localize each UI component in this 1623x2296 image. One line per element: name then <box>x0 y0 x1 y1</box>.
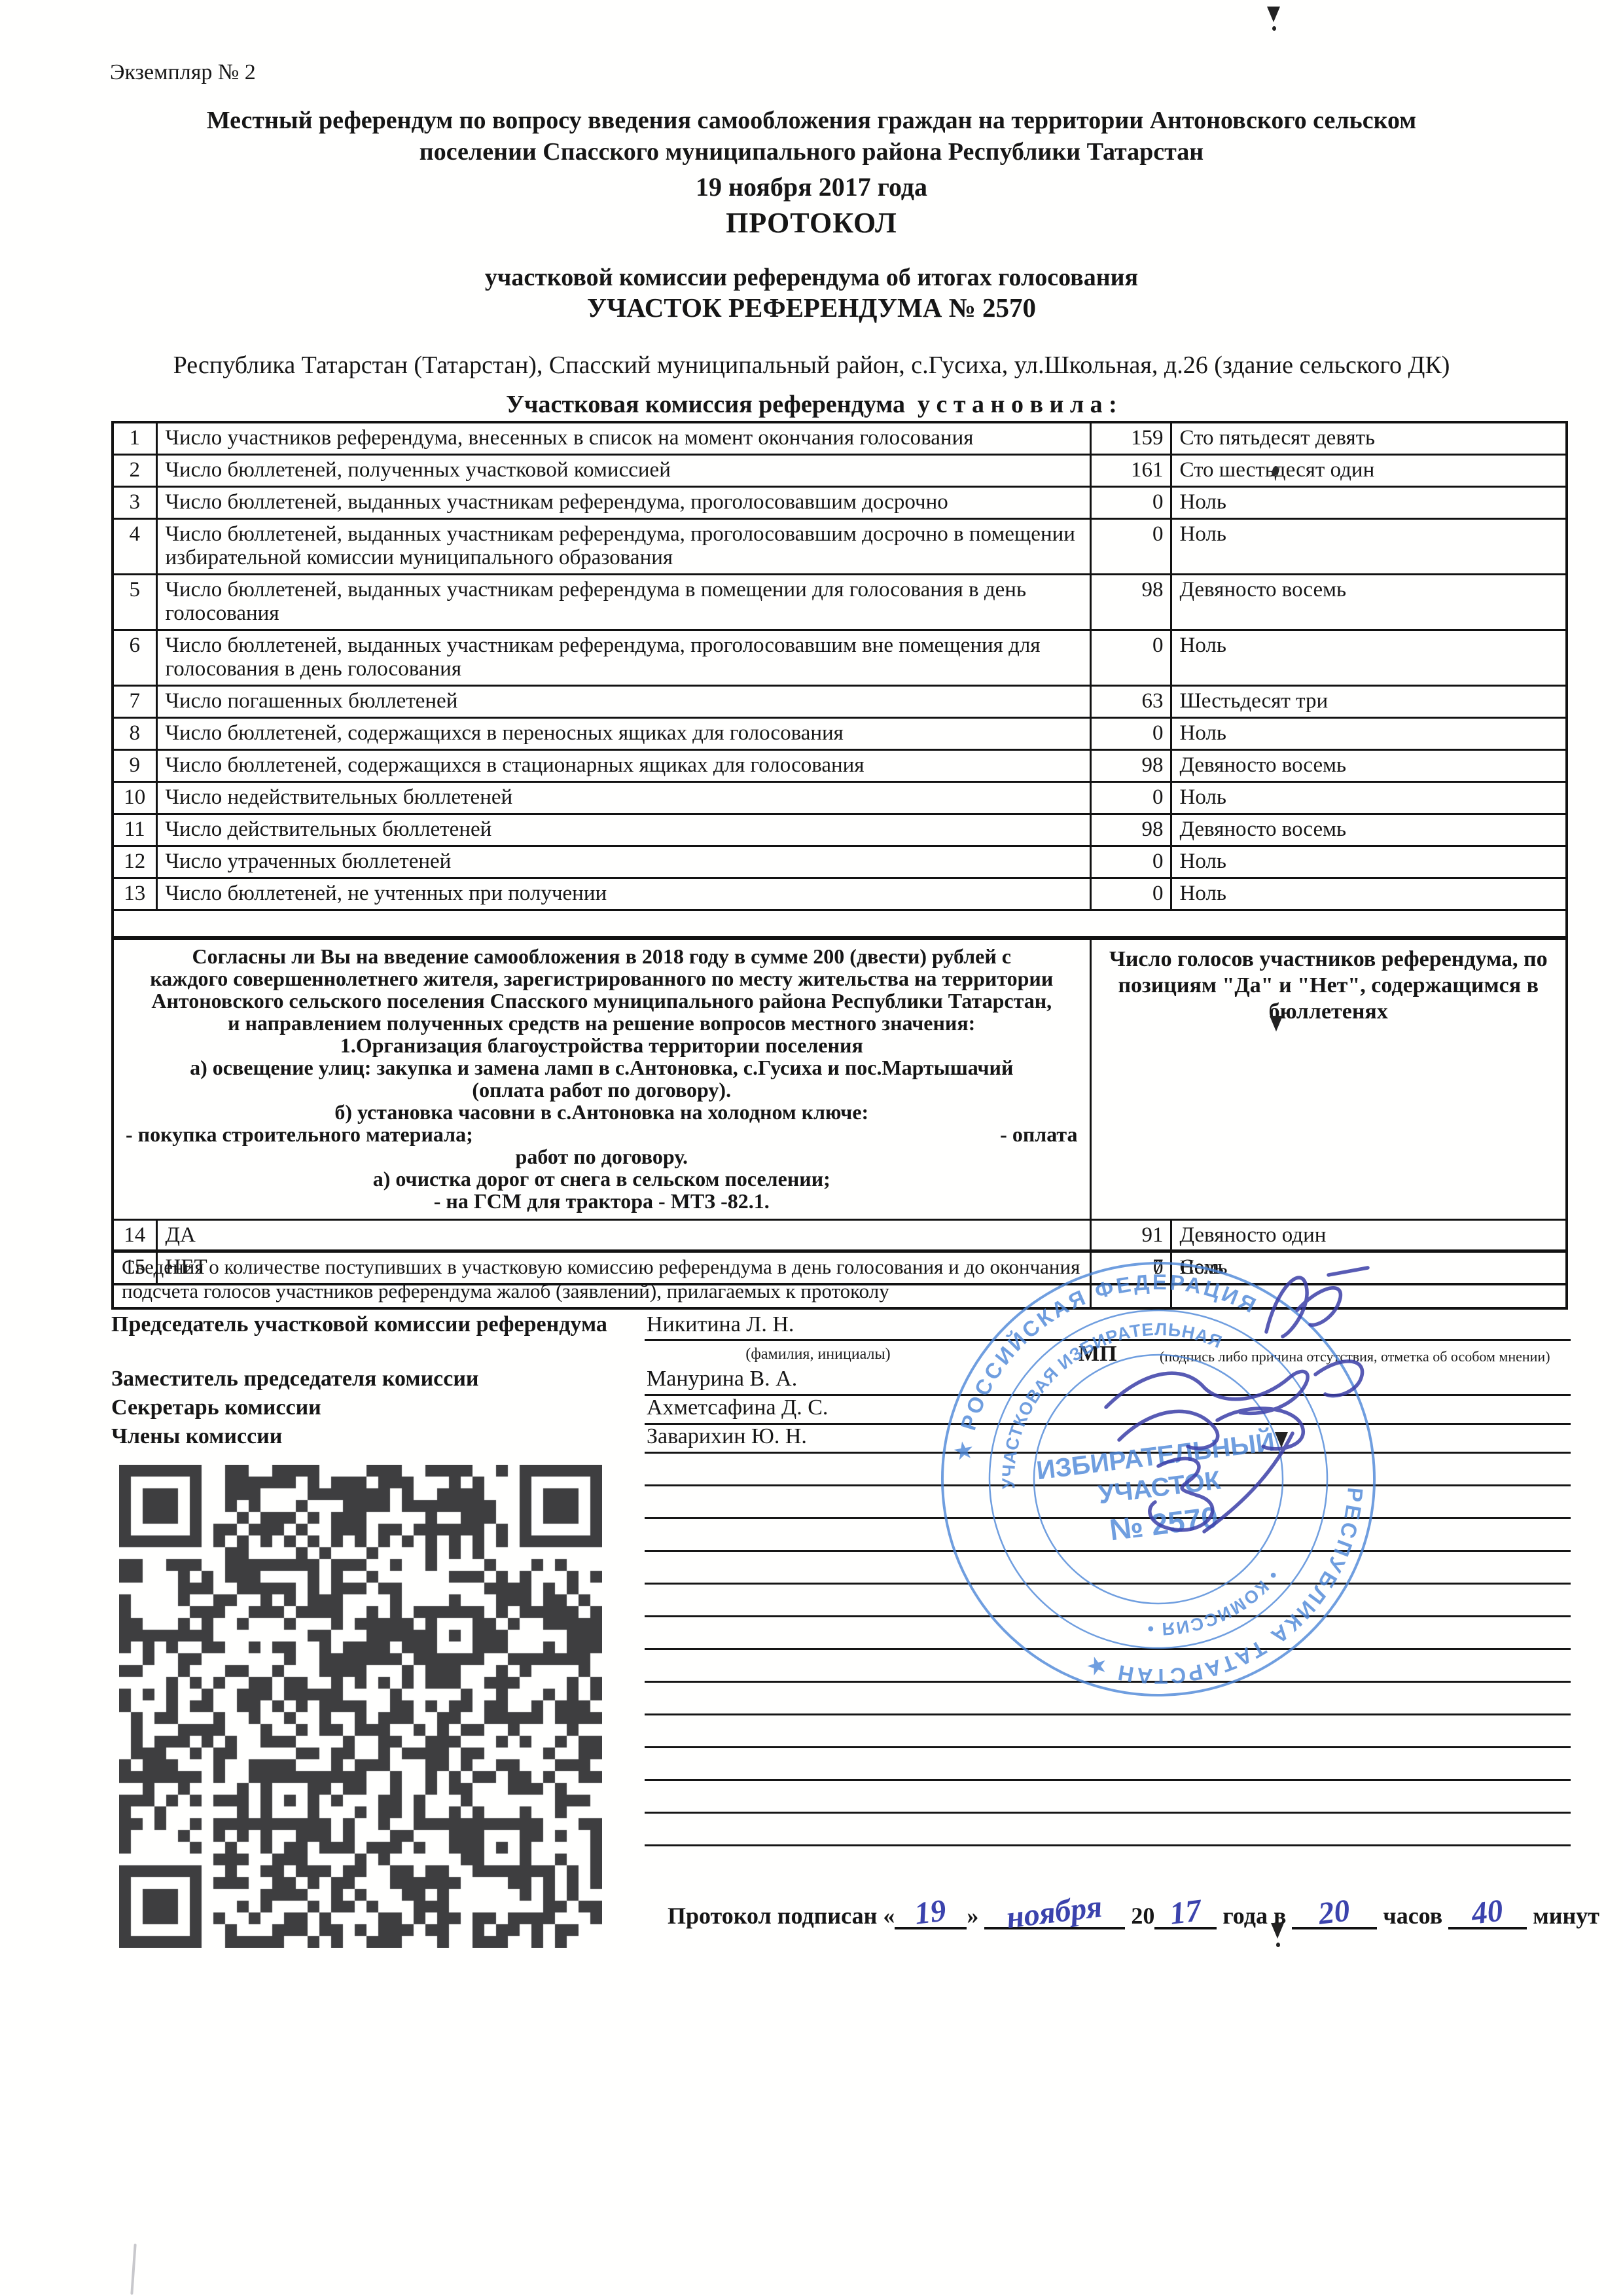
day-blank: 19 <box>895 1897 967 1929</box>
row-label: Число бюллетеней, содержащихся в стацион… <box>156 750 1090 782</box>
complaints-words: Ноль <box>1171 1251 1567 1308</box>
table-row: 10Число недействительных бюллетеней0Ноль <box>113 782 1567 814</box>
row-value: 63 <box>1090 686 1171 718</box>
complaints-label: Сведения о количестве поступивших в учас… <box>113 1251 1090 1308</box>
station-line: УЧАСТОК РЕФЕРЕНДУМА № 2570 <box>0 292 1623 323</box>
row-value: 0 <box>1090 519 1171 575</box>
svg-text:• КОМИССИЯ •: • КОМИССИЯ • <box>1139 1565 1289 1641</box>
caption-name: (фамилия, инициалы) <box>681 1346 955 1363</box>
signature-blank-line <box>645 1484 1571 1486</box>
row-number: 2 <box>113 455 156 487</box>
row-number: 4 <box>113 519 156 575</box>
row-number: 8 <box>113 718 156 750</box>
month-blank: ноября <box>984 1897 1125 1929</box>
table-row: 9Число бюллетеней, содержащихся в стацио… <box>113 750 1567 782</box>
question-line: б) установка часовни в с.Антоновка на хо… <box>126 1101 1078 1123</box>
row-words: Ноль <box>1171 519 1567 575</box>
sig-role-secretary: Секретарь комиссии <box>111 1395 321 1420</box>
row-label: Число бюллетеней, выданных участникам ре… <box>156 487 1090 519</box>
row-words: Ноль <box>1171 878 1567 910</box>
qr-code <box>119 1465 602 1948</box>
question-line: - на ГСМ для трактора - МТЗ -82.1. <box>126 1190 1078 1212</box>
row-label: Число утраченных бюллетеней <box>156 846 1090 878</box>
row-number: 3 <box>113 487 156 519</box>
svg-text:УЧАСТКОВАЯ ИЗБИРАТЕЛЬНАЯ: УЧАСТКОВАЯ ИЗБИРАТЕЛЬНАЯ <box>980 1310 1241 1491</box>
stamp-center-line2: УЧАСТОК <box>1097 1466 1222 1510</box>
row-value: 98 <box>1090 814 1171 846</box>
scan-artifact <box>1275 1432 1288 1448</box>
row-number: 7 <box>113 686 156 718</box>
caption-signature: (подпись либо причина отсутствия, отметк… <box>1160 1348 1578 1365</box>
table-row: 2Число бюллетеней, полученных участковой… <box>113 455 1567 487</box>
row-label: Число бюллетеней, полученных участковой … <box>156 455 1090 487</box>
handwritten-month: ноября <box>1005 1888 1104 1935</box>
row-words: Девяносто восемь <box>1171 814 1567 846</box>
row-label: Число погашенных бюллетеней <box>156 686 1090 718</box>
row-number: 9 <box>113 750 156 782</box>
footer-minutes-label: минут <box>1533 1903 1599 1929</box>
question-cell: Согласны ли Вы на введение самообложения… <box>113 938 1090 1220</box>
handwritten-day: 19 <box>913 1892 948 1931</box>
row-words: Ноль <box>1171 487 1567 519</box>
row-number: 11 <box>113 814 156 846</box>
title-line-2: поселении Спасского муниципального район… <box>0 137 1623 166</box>
footer-close-quote: » <box>967 1903 978 1929</box>
row-number: 5 <box>113 575 156 630</box>
row-words: Ноль <box>1171 846 1567 878</box>
stamp-center-line1: ИЗБИРАТЕЛЬНЫЙ <box>1035 1426 1276 1485</box>
question-line-right: - оплата <box>1000 1123 1077 1145</box>
row-value: 0 <box>1090 782 1171 814</box>
sig-name-deputy: Манурина В. А. <box>647 1367 797 1391</box>
spacer-row <box>113 910 1567 939</box>
signature-blank-line <box>645 1550 1571 1552</box>
established-line: Участковая комиссия референдума у с т а … <box>0 390 1623 419</box>
scan-artifact <box>1272 26 1276 31</box>
question-line: Согласны ли Вы на введение самообложения… <box>126 945 1078 967</box>
sig-name-secretary: Ахметсафина Д. С. <box>647 1395 828 1420</box>
row-value: 0 <box>1090 718 1171 750</box>
stamp-ring-inner-bottom: • КОМИССИЯ • <box>1139 1565 1289 1641</box>
row-number: 1 <box>113 422 156 455</box>
stamp-ring-outer-bottom: РЕСПУБЛИКА ТАТАРСТАН ★ <box>1063 1484 1389 1700</box>
signature-line <box>645 1452 1571 1454</box>
signature-blank-line <box>645 1681 1571 1683</box>
signature-blank-line <box>645 1583 1571 1585</box>
minutes-blank: 40 <box>1448 1897 1527 1929</box>
table-row: 7Число погашенных бюллетеней63Шестьдесят… <box>113 686 1567 718</box>
signature-blank-line <box>645 1713 1571 1715</box>
row-number: 10 <box>113 782 156 814</box>
handwritten-minutes: 40 <box>1470 1892 1505 1931</box>
signature-blank-line <box>645 1648 1571 1650</box>
signature-blank-line <box>645 1615 1571 1617</box>
footer-prefix: Протокол подписан <box>668 1903 877 1929</box>
svg-text:РЕСПУБЛИКА ТАТАРСТАН ★: РЕСПУБЛИКА ТАТАРСТАН ★ <box>1063 1484 1389 1700</box>
year-blank: 17 <box>1154 1897 1217 1929</box>
row-label: Число участников референдума, внесенных … <box>156 422 1090 455</box>
protocol-signed-line: Протокол подписан «19» ноября 2017 года … <box>668 1897 1599 1929</box>
table-row: 11Число действительных бюллетеней98Девян… <box>113 814 1567 846</box>
footer-hours-label: часов <box>1383 1903 1442 1929</box>
row-value: 161 <box>1090 455 1171 487</box>
complaints-table: Сведения о количестве поступивших в учас… <box>111 1249 1568 1310</box>
scanned-protocol-page: Экземпляр № 2 Местный референдум по вопр… <box>0 0 1623 2296</box>
question-section: Согласны ли Вы на введение самообложения… <box>113 910 1567 1285</box>
question-text: Согласны ли Вы на введение самообложения… <box>126 945 1078 1212</box>
handwritten-hours: 20 <box>1317 1892 1352 1931</box>
row-words: Ноль <box>1171 782 1567 814</box>
row-value: 91 <box>1090 1220 1171 1252</box>
row-value: 159 <box>1090 422 1171 455</box>
signature-blank-line <box>645 1812 1571 1814</box>
table-row: 3Число бюллетеней, выданных участникам р… <box>113 487 1567 519</box>
question-line: - покупка строительного материала;- опла… <box>126 1123 1078 1145</box>
row-value: 0 <box>1090 630 1171 686</box>
signature-blank-line <box>645 1746 1571 1748</box>
signature-blank-line <box>645 1844 1571 1846</box>
row-value: 0 <box>1090 487 1171 519</box>
handwritten-year: 17 <box>1168 1892 1203 1931</box>
scan-artifact <box>1267 7 1280 22</box>
question-line: Антоновского сельского поселения Спасско… <box>126 990 1078 1012</box>
results-table: 1Число участников референдума, внесенных… <box>111 421 1568 1285</box>
table-row: 8Число бюллетеней, содержащихся в перено… <box>113 718 1567 750</box>
table-row: 5Число бюллетеней, выданных участникам р… <box>113 575 1567 630</box>
scan-artifact <box>1270 1016 1283 1031</box>
complaints-value: 0 <box>1090 1251 1171 1308</box>
table-row: 6Число бюллетеней, выданных участникам р… <box>113 630 1567 686</box>
sig-role-members: Члены комиссии <box>111 1424 282 1449</box>
question-line: работ по договору. <box>126 1145 1078 1168</box>
stamp-ring-inner-top: УЧАСТКОВАЯ ИЗБИРАТЕЛЬНАЯ <box>980 1310 1241 1491</box>
row-words: Девяносто восемь <box>1171 575 1567 630</box>
row-value: 0 <box>1090 878 1171 910</box>
question-line-left: - покупка строительного материала; <box>126 1123 473 1145</box>
question-line: и направлением полученных средств на реш… <box>126 1012 1078 1034</box>
sig-role-chairman: Председатель участковой комиссии референ… <box>111 1312 607 1337</box>
row-label: Число бюллетеней, не учтенных при получе… <box>156 878 1090 910</box>
table-row: 13Число бюллетеней, не учтенных при полу… <box>113 878 1567 910</box>
votes-header-cell: Число голосов участников референдума, по… <box>1090 938 1567 1220</box>
date-line: 19 ноября 2017 года <box>0 171 1623 202</box>
row-number: 6 <box>113 630 156 686</box>
row-words: Сто пятьдесят девять <box>1171 422 1567 455</box>
established-spaced: у с т а н о в и л а : <box>918 391 1117 418</box>
scan-artifact <box>130 2244 136 2295</box>
results-rows: 1Число участников референдума, внесенных… <box>113 422 1567 910</box>
footer-open-quote: « <box>883 1903 895 1929</box>
row-label: ДА <box>156 1220 1090 1252</box>
row-label: Число недействительных бюллетеней <box>156 782 1090 814</box>
question-line: 1.Организация благоустройства территории… <box>126 1034 1078 1056</box>
row-label: Число бюллетеней, содержащихся в перенос… <box>156 718 1090 750</box>
scan-artifact <box>1271 1923 1284 1939</box>
subtitle: участковой комиссии референдума об итога… <box>0 263 1623 292</box>
footer-century: 20 <box>1131 1903 1154 1929</box>
address-line: Республика Татарстан (Татарстан), Спасск… <box>0 351 1623 380</box>
signature-blank-line <box>645 1779 1571 1781</box>
row-number: 13 <box>113 878 156 910</box>
copy-number-label: Экземпляр № 2 <box>110 60 256 85</box>
question-line: (оплата работ по договору). <box>126 1079 1078 1101</box>
table-row: 1Число участников референдума, внесенных… <box>113 422 1567 455</box>
question-row: Согласны ли Вы на введение самообложения… <box>113 938 1567 1220</box>
row-label: Число бюллетеней, выданных участникам ре… <box>156 630 1090 686</box>
established-prefix: Участковая комиссия референдума <box>506 391 905 418</box>
row-number: 12 <box>113 846 156 878</box>
row-words: Ноль <box>1171 630 1567 686</box>
sig-role-deputy: Заместитель председателя комиссии <box>111 1367 479 1391</box>
title-line-1: Местный референдум по вопросу введения с… <box>0 106 1623 135</box>
table-row: 12Число утраченных бюллетеней0Ноль <box>113 846 1567 878</box>
table-row-yes: 14 ДА 91 Девяносто один <box>113 1220 1567 1252</box>
row-number: 14 <box>113 1220 156 1252</box>
row-value: 0 <box>1090 846 1171 878</box>
complaints-row: Сведения о количестве поступивших в учас… <box>113 1251 1567 1308</box>
mp-label: МП <box>1079 1342 1117 1367</box>
row-label: Число бюллетеней, выданных участникам ре… <box>156 575 1090 630</box>
signature-line <box>645 1339 1571 1341</box>
row-label: Число действительных бюллетеней <box>156 814 1090 846</box>
table-row: 4Число бюллетеней, выданных участникам р… <box>113 519 1567 575</box>
sig-name-member: Заварихин Ю. Н. <box>647 1424 807 1449</box>
row-value: 98 <box>1090 750 1171 782</box>
question-line: каждого совершеннолетнего жителя, зареги… <box>126 967 1078 990</box>
question-line: а) очистка дорог от снега в сельском пос… <box>126 1168 1078 1190</box>
row-label: Число бюллетеней, выданных участникам ре… <box>156 519 1090 575</box>
row-words: Сто шестьдесят один <box>1171 455 1567 487</box>
row-value: 98 <box>1090 575 1171 630</box>
stamp-center-line3: № 2570 <box>1108 1500 1220 1547</box>
sig-name-chairman: Никитина Л. Н. <box>647 1312 794 1337</box>
hours-blank: 20 <box>1292 1897 1377 1929</box>
signature-blank-line <box>645 1517 1571 1519</box>
doc-type-title: ПРОТОКОЛ <box>0 206 1623 240</box>
row-words: Девяносто один <box>1171 1220 1567 1252</box>
row-words: Девяносто восемь <box>1171 750 1567 782</box>
row-words: Шестьдесят три <box>1171 686 1567 718</box>
question-line: а) освещение улиц: закупка и замена ламп… <box>126 1056 1078 1079</box>
scan-artifact <box>1276 1943 1280 1947</box>
row-words: Ноль <box>1171 718 1567 750</box>
